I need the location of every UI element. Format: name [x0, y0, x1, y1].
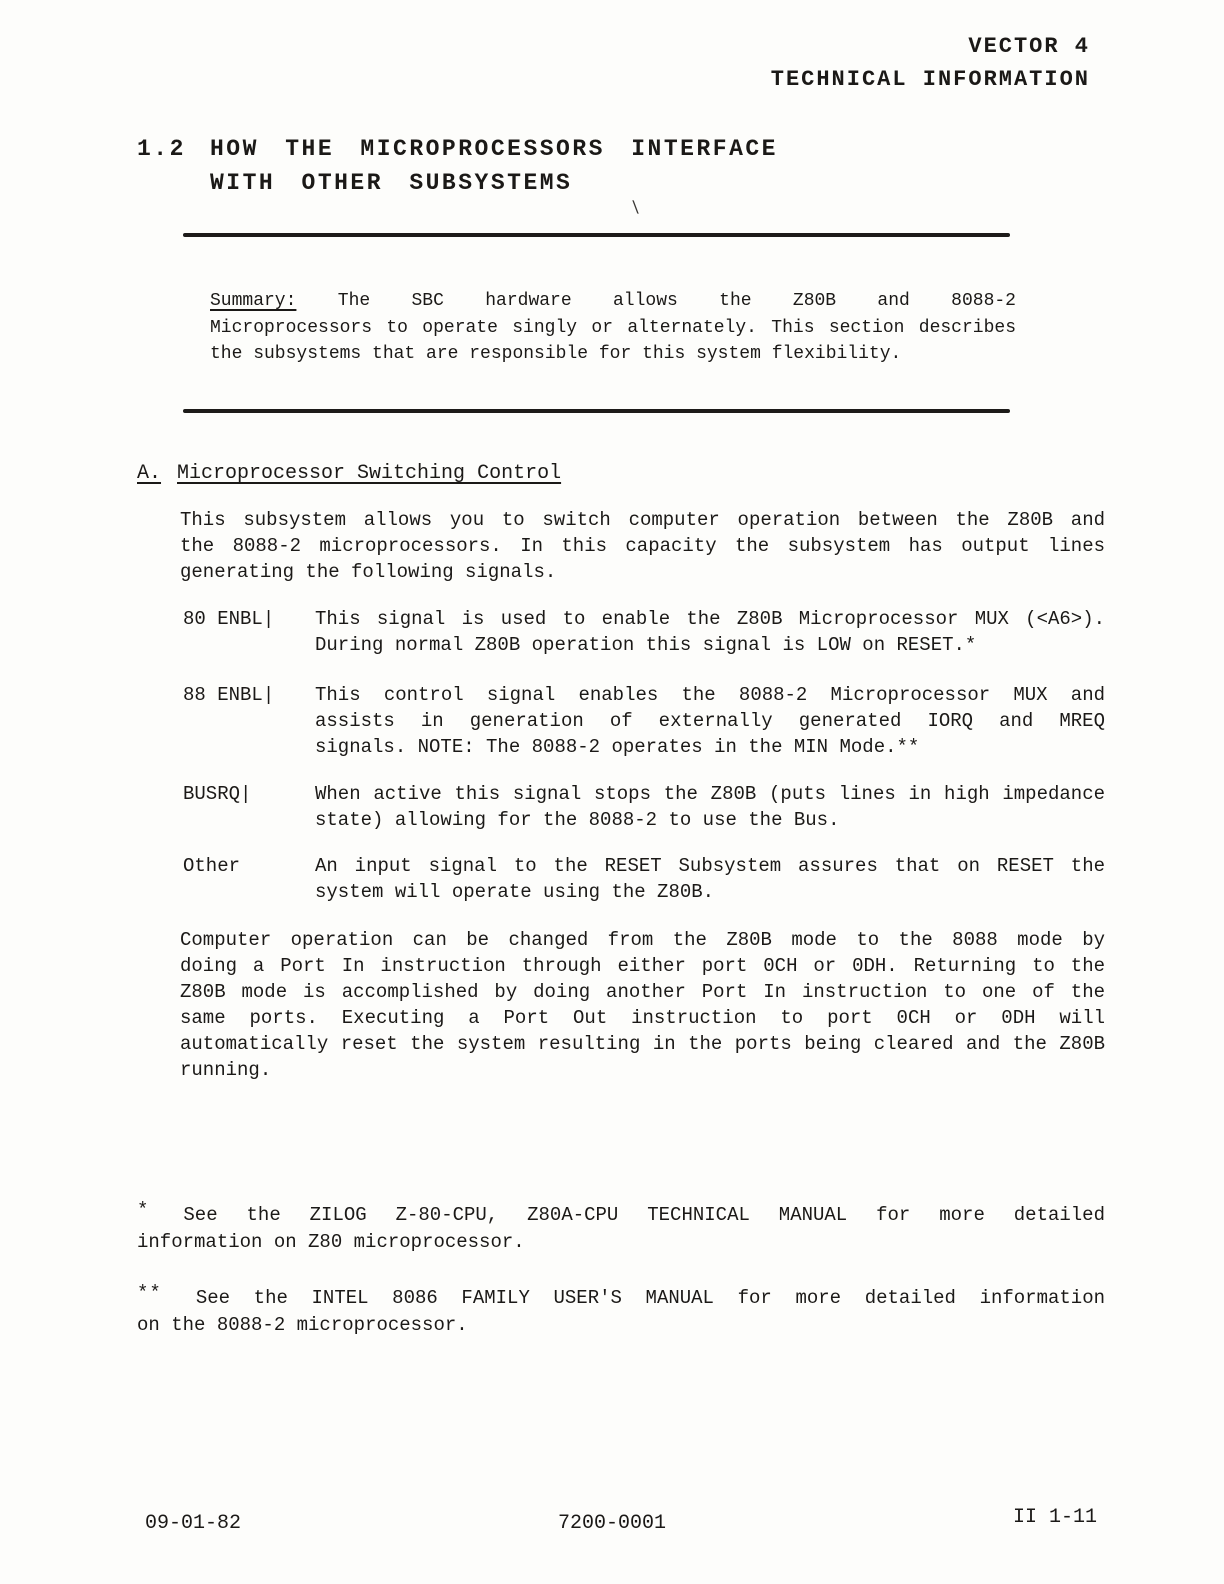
- summary-label: Summary:: [210, 291, 296, 311]
- text-line: the 8088-2 microprocessors. In this capa…: [180, 533, 1105, 559]
- text-line: assists in generation of externally gene…: [315, 708, 1105, 734]
- footnote-1-marker: *: [137, 1199, 149, 1221]
- closing-paragraph: Computer operation can be changed from t…: [180, 927, 1105, 1083]
- text-line: on the 8088-2 microprocessor.: [137, 1312, 1105, 1339]
- text-line: state) allowing for the 8088-2 to use th…: [315, 807, 1105, 833]
- divider-bottom: [183, 409, 1010, 413]
- text-line: the subsystems that are responsible for …: [210, 341, 1016, 368]
- footnote-1-first-line: *See the ZILOG Z-80-CPU, Z80A-CPU TECHNI…: [137, 1197, 1105, 1229]
- signal-description-busrq: When active this signal stops the Z80B (…: [315, 781, 1105, 833]
- text-line: signals. NOTE: The 8088-2 operates in th…: [315, 734, 1105, 760]
- header-subtitle: TECHNICAL INFORMATION: [771, 63, 1090, 96]
- signal-label-80-enbl: 80 ENBL|: [183, 606, 274, 632]
- footnote-2-marker: **: [137, 1282, 162, 1304]
- text-line: This signal is used to enable the Z80B M…: [315, 606, 1105, 632]
- signal-description-other: An input signal to the RESET Subsystem a…: [315, 853, 1105, 905]
- footnote-1: *See the ZILOG Z-80-CPU, Z80A-CPU TECHNI…: [137, 1197, 1105, 1255]
- text-line: During normal Z80B operation this signal…: [315, 632, 1105, 658]
- footnote-2: **See the INTEL 8086 FAMILY USER'S MANUA…: [137, 1280, 1105, 1338]
- text-line: This subsystem allows you to switch comp…: [180, 507, 1105, 533]
- footnote-2-first-line-text: See the INTEL 8086 FAMILY USER'S MANUAL …: [196, 1287, 1105, 1309]
- section-title: HOW THE MICROPROCESSORS INTERFACE WITH O…: [210, 132, 778, 200]
- text-line: This control signal enables the 8088-2 M…: [315, 682, 1105, 708]
- document-page: VECTOR 4 TECHNICAL INFORMATION 1.2 HOW T…: [0, 0, 1224, 1584]
- subsection-title: Microprocessor Switching Control: [177, 462, 561, 485]
- signal-label-other: Other: [183, 853, 240, 879]
- text-line: An input signal to the RESET Subsystem a…: [315, 853, 1105, 879]
- section-title-line-2: WITH OTHER SUBSYSTEMS: [210, 166, 778, 200]
- intro-paragraph: This subsystem allows you to switch comp…: [180, 507, 1105, 585]
- summary-first-line: Summary: The SBC hardware allows the Z80…: [210, 288, 1016, 315]
- text-line: running.: [180, 1057, 1105, 1083]
- text-line: When active this signal stops the Z80B (…: [315, 781, 1105, 807]
- text-line: doing a Port In instruction through eith…: [180, 953, 1105, 979]
- signal-label-busrq: BUSRQ|: [183, 781, 251, 807]
- subsection-heading: A.Microprocessor Switching Control: [137, 461, 561, 487]
- footnote-2-first-line: **See the INTEL 8086 FAMILY USER'S MANUA…: [137, 1280, 1105, 1312]
- section-title-line-1: HOW THE MICROPROCESSORS INTERFACE: [210, 132, 778, 166]
- summary-paragraph: Summary: The SBC hardware allows the Z80…: [210, 288, 1016, 368]
- section-number: 1.2: [137, 132, 186, 166]
- footnote-1-first-line-text: See the ZILOG Z-80-CPU, Z80A-CPU TECHNIC…: [183, 1204, 1105, 1226]
- text-line: information on Z80 microprocessor.: [137, 1229, 1105, 1256]
- scan-artifact-mark: \: [629, 199, 642, 219]
- divider-top: [183, 233, 1010, 237]
- text-line: generating the following signals.: [180, 559, 1105, 585]
- summary-first-line-text: The SBC hardware allows the Z80B and 808…: [338, 291, 1016, 311]
- signal-description-88-enbl: This control signal enables the 8088-2 M…: [315, 682, 1105, 760]
- text-line: Z80B mode is accomplished by doing anoth…: [180, 979, 1105, 1005]
- signal-description-80-enbl: This signal is used to enable the Z80B M…: [315, 606, 1105, 658]
- footnote-2-continuation: on the 8088-2 microprocessor.: [137, 1312, 1105, 1339]
- text-line: system will operate using the Z80B.: [315, 879, 1105, 905]
- text-line: Microprocessors to operate singly or alt…: [210, 315, 1016, 342]
- footnote-1-continuation: information on Z80 microprocessor.: [137, 1229, 1105, 1256]
- header-title: VECTOR 4: [771, 30, 1090, 63]
- text-line: automatically reset the system resulting…: [180, 1031, 1105, 1057]
- footer-page-number: II 1-11: [1013, 1506, 1097, 1529]
- text-line: same ports. Executing a Port Out instruc…: [180, 1005, 1105, 1031]
- subsection-letter: A.: [137, 462, 161, 485]
- summary-continuation: Microprocessors to operate singly or alt…: [210, 315, 1016, 368]
- signal-label-88-enbl: 88 ENBL|: [183, 682, 274, 708]
- text-line: Computer operation can be changed from t…: [180, 927, 1105, 953]
- page-header: VECTOR 4 TECHNICAL INFORMATION: [771, 30, 1090, 96]
